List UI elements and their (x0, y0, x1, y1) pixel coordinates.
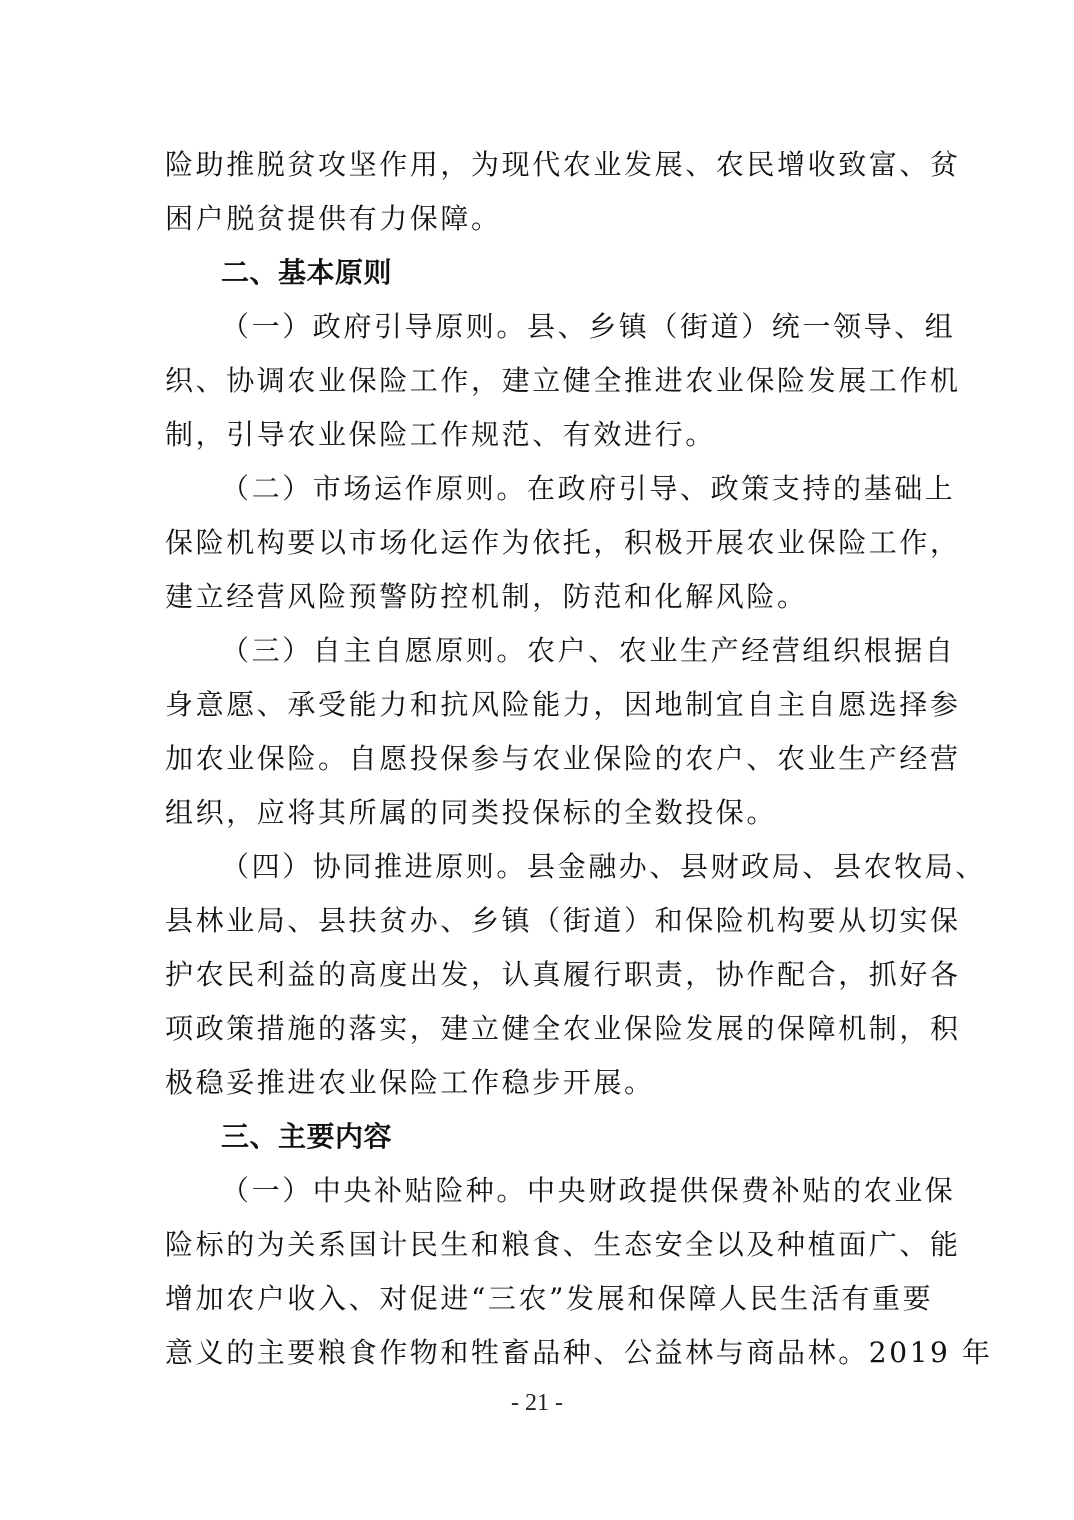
body-line: 险标的为关系国计民生和粮食、生态安全以及种植面广、能 (165, 1218, 913, 1272)
body-line: 项政策措施的落实，建立健全农业保险发展的保障机制，积 (165, 1002, 913, 1056)
body-line: 织、协调农业保险工作，建立健全推进农业保险发展工作机 (165, 354, 913, 408)
body-line: 加农业保险。自愿投保参与农业保险的农户、农业生产经营 (165, 732, 913, 786)
body-line: 险助推脱贫攻坚作用，为现代农业发展、农民增收致富、贫 (165, 138, 913, 192)
body-line: 建立经营风险预警防控机制，防范和化解风险。 (165, 570, 913, 624)
page-number: - 21 - (0, 1390, 1074, 1417)
section-heading-main-content: 三、主要内容 (165, 1110, 913, 1164)
paragraph-start-government-guidance: （一）政府引导原则。县、乡镇（街道）统一领导、组 (165, 300, 913, 354)
body-line: 制，引导农业保险工作规范、有效进行。 (165, 408, 913, 462)
paragraph-start-central-subsidy: （一）中央补贴险种。中央财政提供保费补贴的农业保 (165, 1164, 913, 1218)
page-body: 险助推脱贫攻坚作用，为现代农业发展、农民增收致富、贫 困户脱贫提供有力保障。 二… (165, 138, 913, 1380)
body-line: 护农民利益的高度出发，认真履行职责，协作配合，抓好各 (165, 948, 913, 1002)
body-line: 意义的主要粮食作物和牲畜品种、公益林与商品林。2019 年 (165, 1326, 913, 1380)
body-line: 县林业局、县扶贫办、乡镇（街道）和保险机构要从切实保 (165, 894, 913, 948)
body-line: 保险机构要以市场化运作为依托，积极开展农业保险工作， (165, 516, 913, 570)
document-page: 险助推脱贫攻坚作用，为现代农业发展、农民增收致富、贫 困户脱贫提供有力保障。 二… (0, 0, 1074, 1520)
body-line: 困户脱贫提供有力保障。 (165, 192, 913, 246)
paragraph-start-voluntary-principle: （三）自主自愿原则。农户、农业生产经营组织根据自 (165, 624, 913, 678)
body-line: 增加农户收入、对促进“三农”发展和保障人民生活有重要 (165, 1272, 913, 1326)
body-line: 身意愿、承受能力和抗风险能力，因地制宜自主自愿选择参 (165, 678, 913, 732)
section-heading-basic-principles: 二、基本原则 (165, 246, 913, 300)
paragraph-start-market-operation: （二）市场运作原则。在政府引导、政策支持的基础上 (165, 462, 913, 516)
paragraph-start-coordinated-promotion: （四）协同推进原则。县金融办、县财政局、县农牧局、 (165, 840, 913, 894)
body-line: 组织，应将其所属的同类投保标的全数投保。 (165, 786, 913, 840)
body-line: 极稳妥推进农业保险工作稳步开展。 (165, 1056, 913, 1110)
